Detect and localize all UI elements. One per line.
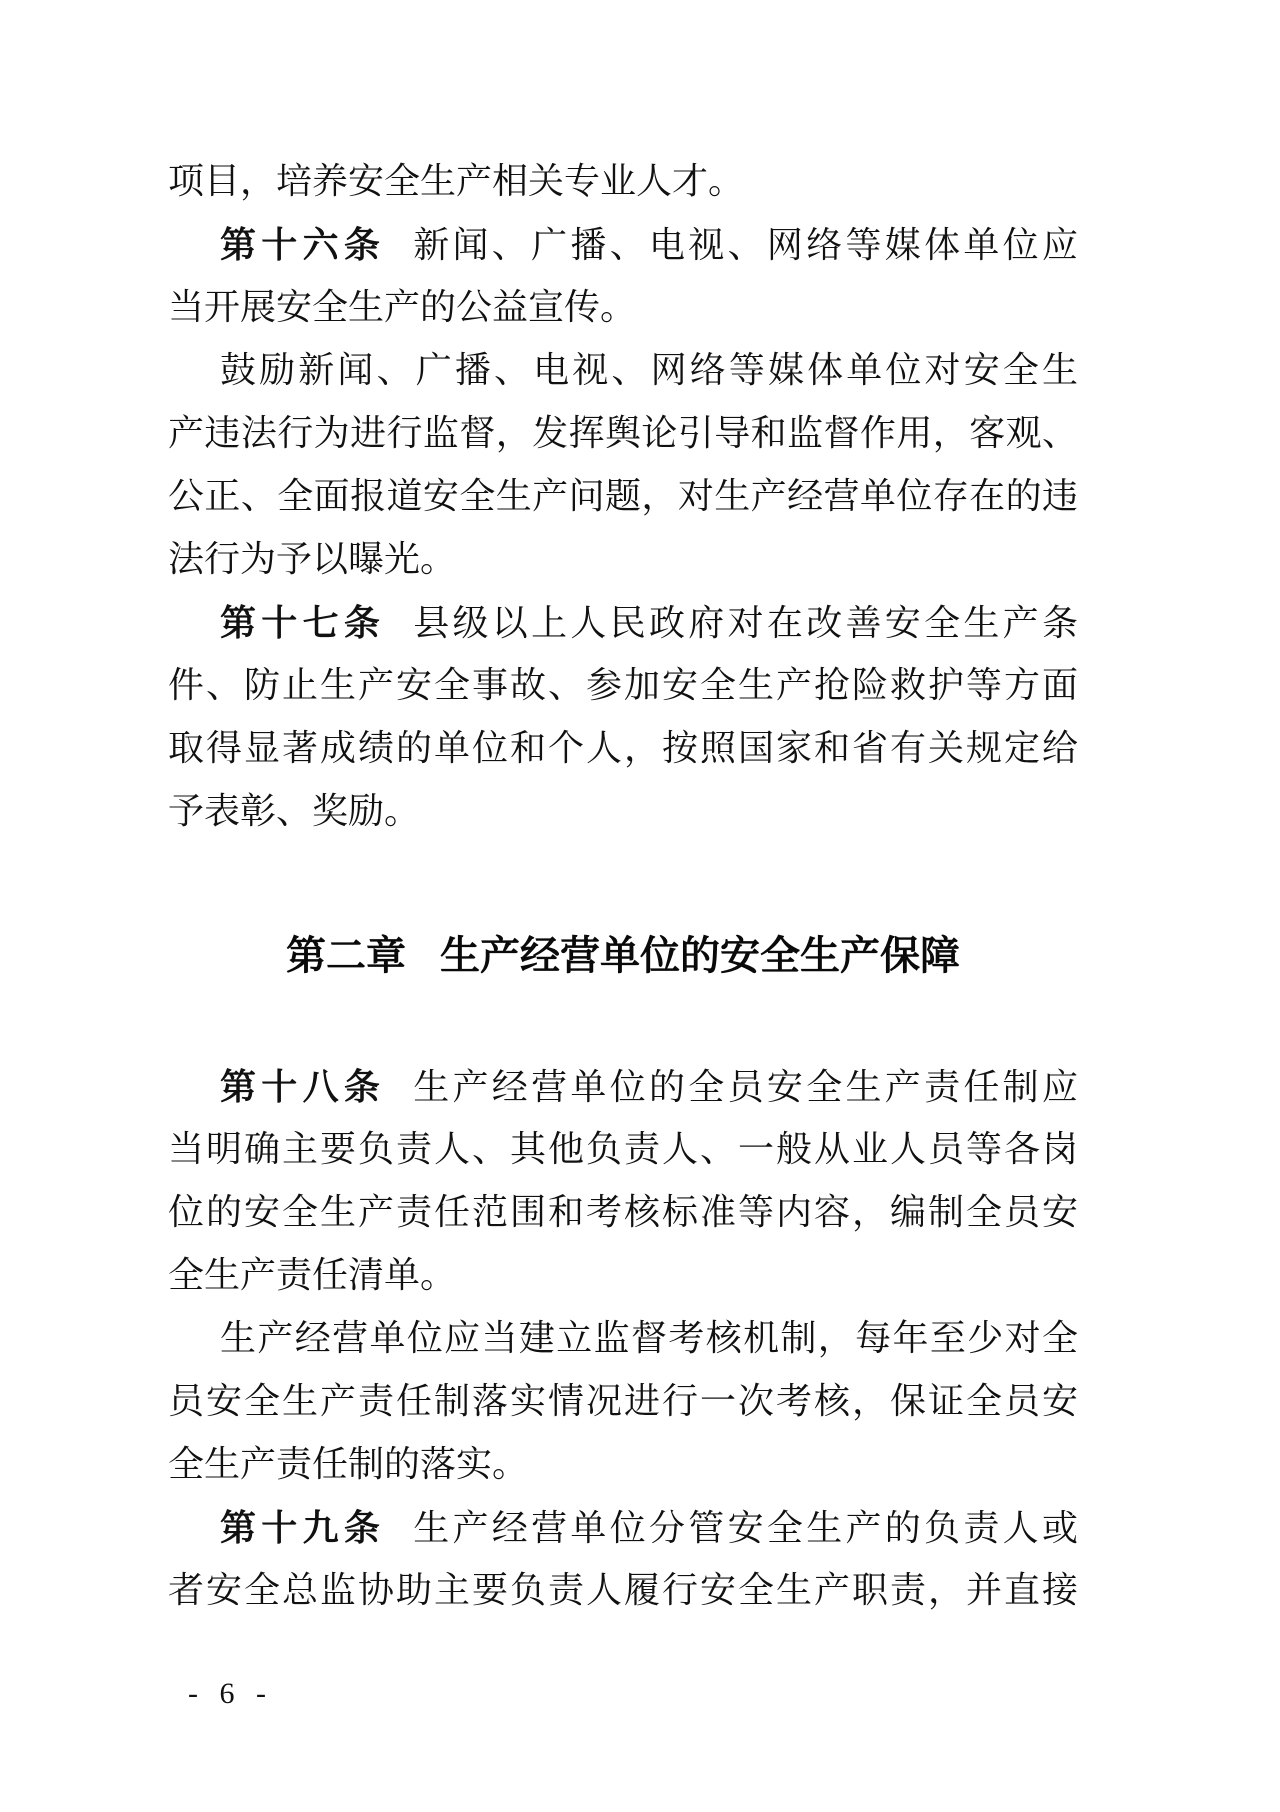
document-line: 当明确主要负责人、其他负责人、一般从业人员等各岗	[168, 1118, 1078, 1181]
line-text: 生产经营单位的全员安全生产责任制应	[413, 1067, 1078, 1107]
document-body: 项目，培养安全生产相关专业人才。第十六条新闻、广播、电视、网络等媒体单位应当开展…	[168, 150, 1078, 1622]
line-text: 全生产责任清单。	[168, 1255, 456, 1295]
page-number: - 6 -	[188, 1676, 273, 1712]
line-text: 公正、全面报道安全生产问题，对生产经营单位存在的违	[168, 476, 1078, 516]
document-line: 第十七条县级以上人民政府对在改善安全生产条	[168, 591, 1078, 654]
line-text: 鼓励新闻、广播、电视、网络等媒体单位对安全生	[220, 350, 1078, 390]
line-text: 生产经营单位应当建立监督考核机制，每年至少对全	[220, 1318, 1078, 1358]
article-number: 第十八条	[220, 1066, 385, 1107]
line-text: 生产经营单位分管安全生产的负责人或	[413, 1508, 1078, 1548]
chapter-heading: 第二章生产经营单位的安全生产保障	[168, 925, 1078, 988]
line-text: 项目，培养安全生产相关专业人才。	[168, 161, 744, 201]
line-text: 员安全生产责任制落实情况进行一次考核，保证全员安	[168, 1381, 1078, 1421]
document-line: 法行为予以曝光。	[168, 528, 1078, 591]
document-line: 第十九条生产经营单位分管安全生产的负责人或	[168, 1496, 1078, 1559]
line-text: 予表彰、奖励。	[168, 791, 420, 831]
document-line: 员安全生产责任制落实情况进行一次考核，保证全员安	[168, 1370, 1078, 1433]
document-line: 生产经营单位应当建立监督考核机制，每年至少对全	[168, 1307, 1078, 1370]
line-text: 位的安全生产责任范围和考核标准等内容，编制全员安	[168, 1192, 1078, 1232]
line-text: 者安全总监协助主要负责人履行安全生产职责，并直接	[168, 1570, 1078, 1610]
line-text: 全生产责任制的落实。	[168, 1444, 528, 1484]
line-text: 产违法行为进行监督，发挥舆论引导和监督作用，客观、	[168, 413, 1078, 453]
document-line: 件、防止生产安全事故、参加安全生产抢险救护等方面	[168, 654, 1078, 717]
document-line: 产违法行为进行监督，发挥舆论引导和监督作用，客观、	[168, 402, 1078, 465]
article-number: 第十九条	[220, 1507, 385, 1548]
chapter-title: 生产经营单位的安全生产保障	[440, 934, 960, 978]
document-line: 项目，培养安全生产相关专业人才。	[168, 150, 1078, 213]
document-line: 者安全总监协助主要负责人履行安全生产职责，并直接	[168, 1559, 1078, 1622]
document-line: 第十八条生产经营单位的全员安全生产责任制应	[168, 1055, 1078, 1118]
document-page: 项目，培养安全生产相关专业人才。第十六条新闻、广播、电视、网络等媒体单位应当开展…	[0, 0, 1280, 1812]
chapter-number: 第二章	[286, 934, 406, 978]
line-text: 法行为予以曝光。	[168, 539, 456, 579]
document-line: 全生产责任清单。	[168, 1244, 1078, 1307]
article-number: 第十七条	[220, 602, 385, 643]
line-text: 当明确主要负责人、其他负责人、一般从业人员等各岗	[168, 1129, 1078, 1169]
article-number: 第十六条	[220, 224, 385, 265]
document-line: 予表彰、奖励。	[168, 780, 1078, 843]
document-line: 鼓励新闻、广播、电视、网络等媒体单位对安全生	[168, 339, 1078, 402]
line-text: 县级以上人民政府对在改善安全生产条	[413, 603, 1078, 643]
document-line: 取得显著成绩的单位和个人，按照国家和省有关规定给	[168, 717, 1078, 780]
document-line: 公正、全面报道安全生产问题，对生产经营单位存在的违	[168, 465, 1078, 528]
line-text: 当开展安全生产的公益宣传。	[168, 287, 636, 327]
document-line: 当开展安全生产的公益宣传。	[168, 276, 1078, 339]
document-line: 全生产责任制的落实。	[168, 1433, 1078, 1496]
line-text: 取得显著成绩的单位和个人，按照国家和省有关规定给	[168, 728, 1078, 768]
line-text: 新闻、广播、电视、网络等媒体单位应	[413, 225, 1078, 265]
document-line: 第十六条新闻、广播、电视、网络等媒体单位应	[168, 213, 1078, 276]
line-text: 件、防止生产安全事故、参加安全生产抢险救护等方面	[168, 665, 1078, 705]
document-line: 位的安全生产责任范围和考核标准等内容，编制全员安	[168, 1181, 1078, 1244]
